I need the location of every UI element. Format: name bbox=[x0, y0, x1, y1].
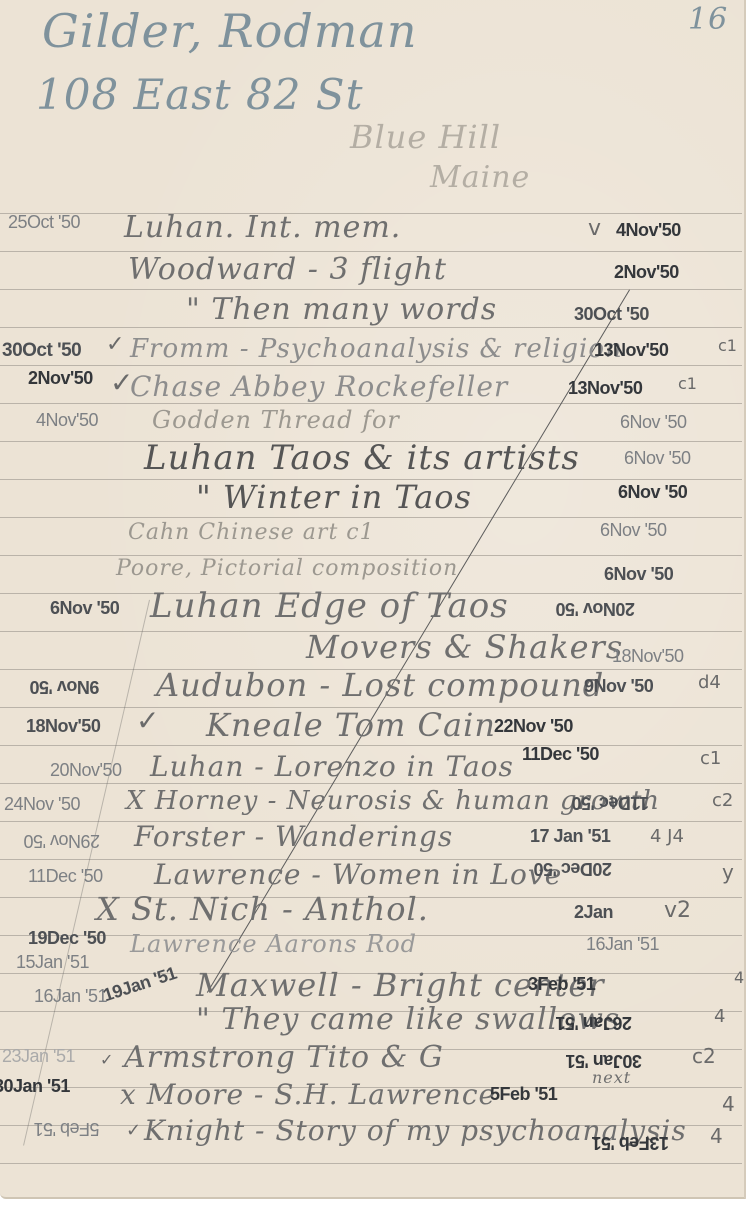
entry-title: Luhan Edge of Taos bbox=[150, 586, 509, 626]
entry-title: Luhan Taos & its artists bbox=[144, 438, 580, 478]
entry-title: Luhan - Lorenzo in Taos bbox=[150, 750, 514, 783]
date-stamp-out: 18Nov'50 bbox=[26, 716, 100, 737]
date-stamp-return: 2Nov'50 bbox=[614, 262, 679, 283]
date-stamp-return: 13Nov'50 bbox=[594, 340, 668, 361]
entry-title: Poore, Pictorial composition bbox=[116, 556, 458, 581]
date-stamp-return: 3Feb '51 bbox=[528, 974, 595, 995]
date-stamp-return: 6Nov '50 bbox=[620, 412, 686, 433]
date-stamp-return: 18Nov'50 bbox=[612, 646, 684, 667]
page-number: 16 bbox=[688, 2, 728, 37]
check-mark: v bbox=[588, 216, 601, 241]
date-stamp-return: 9Nov '50 bbox=[584, 676, 653, 697]
date-stamp-out: 29Nov '50 bbox=[24, 830, 100, 851]
date-stamp-out: 11Dec '50 bbox=[28, 866, 103, 887]
entry-title: " Then many words bbox=[186, 292, 497, 327]
date-stamp-out: 30Jan '51 bbox=[0, 1076, 70, 1097]
header-note-line2: Maine bbox=[430, 160, 530, 195]
entry-title: Forster - Wanderings bbox=[134, 820, 453, 853]
header-note-line1: Blue Hill bbox=[350, 118, 501, 156]
entry-title: Movers & Shakers bbox=[306, 628, 623, 666]
copy-mark: c2 bbox=[712, 790, 733, 811]
date-stamp-return: 5Feb '51 bbox=[490, 1084, 557, 1105]
entry-title: Godden Thread for bbox=[152, 406, 400, 434]
date-stamp-out: 5Feb '51 bbox=[34, 1118, 100, 1139]
copy-mark: 4 bbox=[734, 968, 744, 987]
date-stamp-return: 20Dec '50 bbox=[534, 858, 612, 879]
date-stamp-return: 17 Jan '51 bbox=[530, 826, 610, 847]
date-stamp-return: 11Dec '50 bbox=[522, 744, 599, 765]
date-stamp-out: 15Jan '51 bbox=[16, 952, 89, 973]
date-stamp-out: 25Oct '50 bbox=[8, 212, 80, 233]
date-stamp-out: 19Dec '50 bbox=[28, 928, 106, 949]
entry-title: Lawrence - Women in Love bbox=[154, 858, 562, 891]
entry-title: Cahn Chinese art c1 bbox=[128, 520, 375, 545]
copy-mark: 4 bbox=[710, 1124, 723, 1148]
entry-title: Fromm - Psychoanalysis & religion bbox=[130, 334, 623, 364]
entry-title: x Moore - S.H. Lawrence bbox=[120, 1078, 496, 1111]
date-stamp-return: 6Nov '50 bbox=[618, 482, 687, 503]
date-stamp-return: 11Dec '50 bbox=[572, 792, 649, 813]
entry-title: Audubon - Lost compound bbox=[156, 666, 604, 704]
date-stamp-out: 20Nov'50 bbox=[50, 760, 122, 781]
date-stamp-out: 2Nov'50 bbox=[28, 368, 93, 389]
entry-title: Woodward - 3 flight bbox=[128, 252, 447, 287]
copy-mark: 4 bbox=[722, 1092, 735, 1116]
copy-mark: c2 bbox=[692, 1044, 716, 1068]
date-stamp-return: 13Nov'50 bbox=[568, 378, 642, 399]
date-stamp-out: 30Oct '50 bbox=[2, 340, 81, 362]
date-stamp-return: 22Nov '50 bbox=[494, 716, 573, 737]
date-stamp-return: 30Oct '50 bbox=[574, 304, 649, 325]
date-stamp-out: 6Nov '50 bbox=[50, 598, 119, 619]
check-mark: ✓ bbox=[100, 1050, 113, 1069]
copy-mark: y bbox=[722, 860, 734, 884]
date-stamp-return: 6Nov '50 bbox=[604, 564, 673, 585]
entry-title: " Winter in Taos bbox=[196, 478, 472, 516]
author-address: 108 East 82 St bbox=[36, 70, 363, 119]
date-stamp-out: 24Nov '50 bbox=[4, 794, 80, 815]
date-stamp-return: 13Feb '51 bbox=[592, 1132, 669, 1153]
entry-title: Armstrong Tito & G bbox=[124, 1040, 444, 1075]
author-name: Gilder, Rodman bbox=[42, 4, 417, 58]
entry-title: Luhan. Int. mem. bbox=[124, 210, 401, 245]
index-card: Gilder, Rodman 108 East 82 St Blue Hill … bbox=[0, 0, 746, 1199]
date-stamp-return: 2Jan bbox=[574, 902, 613, 923]
date-stamp-return: 26Jan '51 bbox=[556, 1012, 632, 1033]
entry-title: Kneale Tom Cain bbox=[206, 706, 496, 744]
copy-mark: 4 J4 bbox=[650, 826, 684, 847]
date-stamp-return: 6Nov '50 bbox=[600, 520, 666, 541]
date-stamp-out: 23Jan '51 bbox=[2, 1046, 75, 1067]
copy-mark: c1 bbox=[678, 374, 697, 393]
date-stamp-return: 16Jan '51 bbox=[586, 934, 659, 955]
copy-mark: v2 bbox=[664, 898, 691, 923]
check-mark: ✓ bbox=[106, 332, 124, 357]
margin-note: next bbox=[592, 1068, 631, 1087]
entry-title: X St. Nich - Anthol. bbox=[96, 890, 429, 928]
copy-mark: c1 bbox=[718, 336, 737, 355]
check-mark: ✓ bbox=[136, 704, 159, 737]
entry-title: Lawrence Aarons Rod bbox=[130, 930, 417, 958]
check-mark: ✓ bbox=[126, 1120, 141, 1141]
copy-mark: 4 bbox=[714, 1006, 725, 1027]
entry-title: Chase Abbey Rockefeller bbox=[130, 370, 508, 403]
date-stamp-out: 16Jan '51 bbox=[34, 986, 107, 1007]
date-stamp-out: 9Nov '50 bbox=[30, 676, 99, 697]
date-stamp-return: 20Nov '50 bbox=[556, 598, 635, 619]
copy-mark: d4 bbox=[698, 672, 721, 693]
date-stamp-return: 6Nov '50 bbox=[624, 448, 690, 469]
date-stamp-out: 4Nov'50 bbox=[36, 410, 98, 431]
date-stamp-return: 4Nov'50 bbox=[616, 220, 681, 241]
date-stamp-out-2: 19Jan '51 bbox=[101, 963, 180, 1006]
copy-mark: c1 bbox=[700, 748, 721, 769]
